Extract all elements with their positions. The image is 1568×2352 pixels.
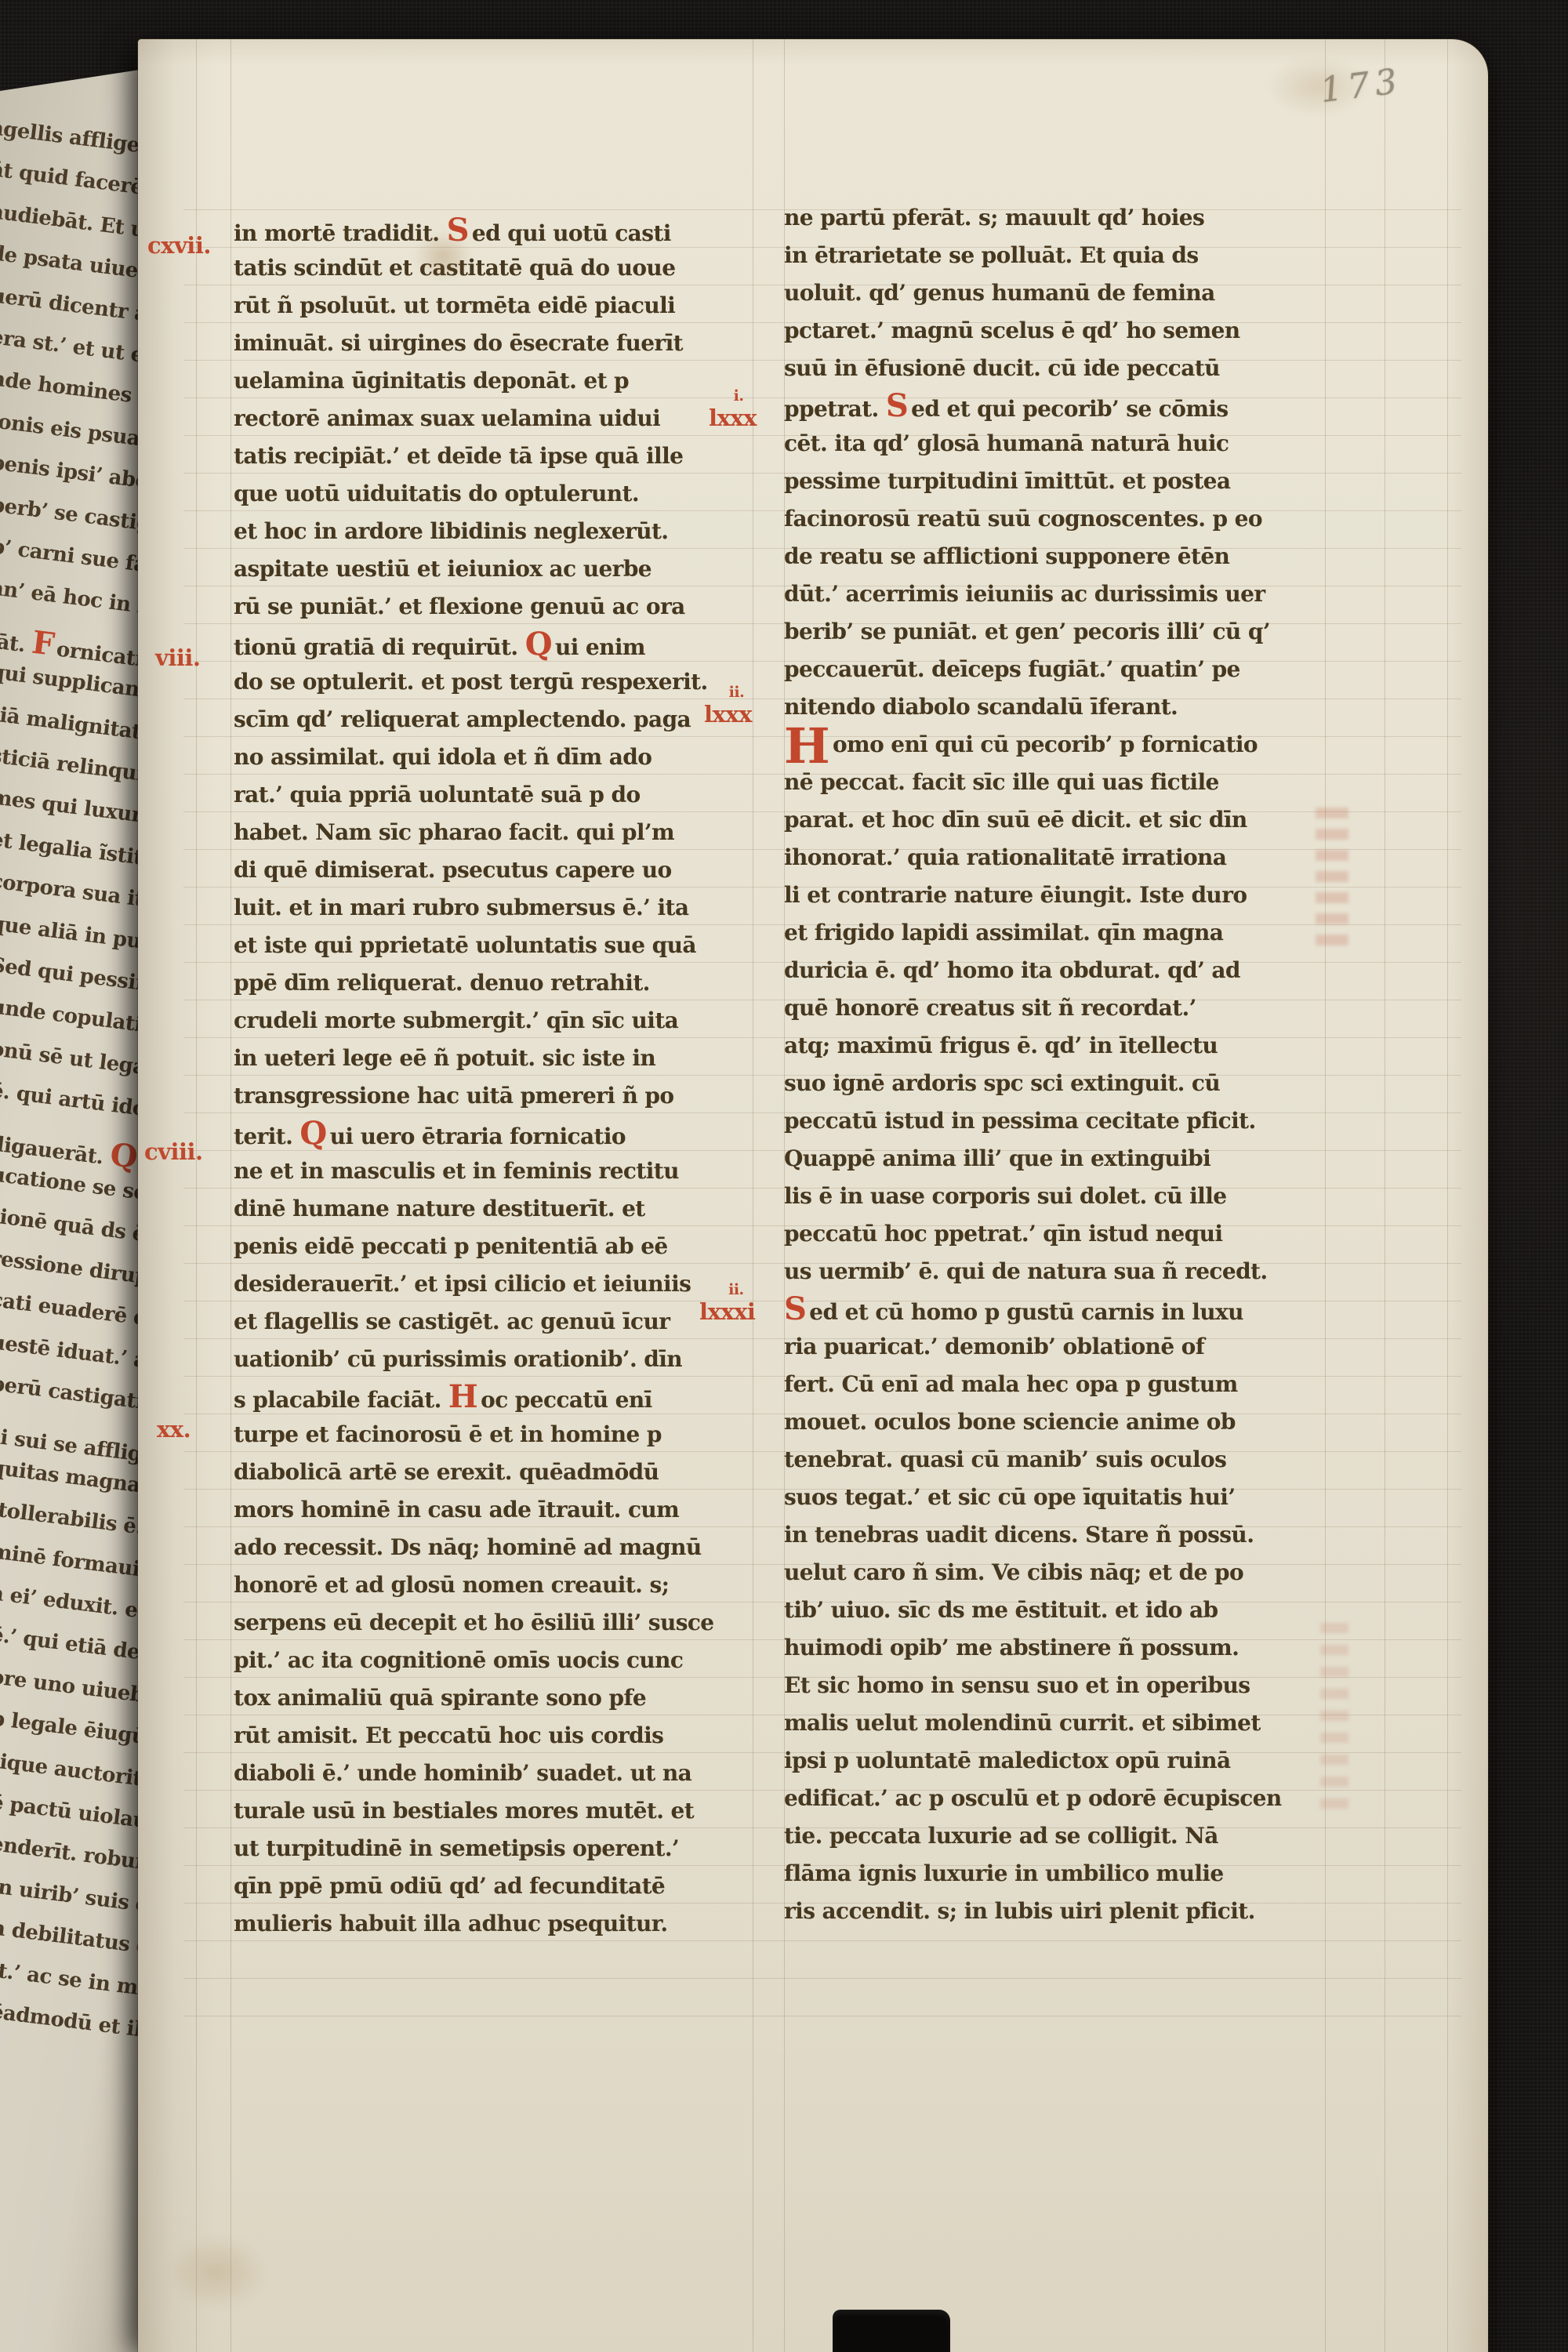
leaf-fragment-line: ē pactū uiolauerit. d xyxy=(0,1791,155,1842)
line-text: rat.’ quia ppriā uoluntatē suā p do xyxy=(234,782,641,808)
manuscript-text-line: in tenebras uadit dicens. Stare ñ possū. xyxy=(784,1516,1327,1554)
text-column-right: ne partū pferāt. s; mauult qd’ hoiesin ē… xyxy=(784,199,1327,1930)
line-text: ed et cū homo p gustū carnis in luxu xyxy=(809,1299,1243,1325)
line-text: in ētrarietate se polluāt. Et quia ds xyxy=(784,242,1199,268)
manuscript-text-line: peccatū istud in pessima cecitate pficit… xyxy=(784,1102,1327,1140)
line-text: a ei’ eduxit. et ita car xyxy=(0,1581,155,1633)
line-text: malis uelut molendinū currit. et sibimet xyxy=(784,1710,1261,1736)
line-text: audiebāt. Et uid xyxy=(0,200,155,245)
parchment-stain xyxy=(166,2234,268,2310)
manuscript-text-line: flāma ignis luxurie in umbilico mulie xyxy=(784,1855,1327,1893)
line-text: honorē et ad glosū nomen creauit. s; xyxy=(234,1572,669,1598)
rubric-initial: S xyxy=(784,1290,809,1327)
manuscript-text-line: honorē et ad glosū nomen creauit. s; xyxy=(234,1566,760,1604)
line-text: ionis eis psuadentes xyxy=(0,409,155,460)
line-text: Quappē anima illi’ que in extinguibi xyxy=(784,1145,1210,1171)
line-text: et hoc in ardore libidinis neglexerūt. xyxy=(234,518,668,544)
line-text: et flagellis se castigēt. ac genuū īcur xyxy=(234,1308,670,1334)
manuscript-text-line: ipsi p uoluntatē maledictox opū ruinā xyxy=(784,1742,1327,1780)
line-text: suo ignē ardoris spc sci extinguit. cū xyxy=(784,1070,1220,1096)
manuscript-text-line: Sed et cū homo p gustū carnis in luxu xyxy=(784,1290,1327,1328)
line-text: itollerabilis ē. Cum xyxy=(0,1497,155,1547)
parchment-stain xyxy=(414,232,472,281)
line-text: in ueteri lege eē ñ potuit. sic iste in xyxy=(234,1045,655,1071)
line-text: ppē dīm reliquerat. denuo retrahit. xyxy=(234,970,650,996)
line-text: ria puaricat.’ demonib’ oblationē of xyxy=(784,1334,1204,1359)
line-text: turpe et facinorosū ē et in homine p xyxy=(234,1421,662,1447)
line-text: ado recessit. Ds nāq; hominē ad magnū xyxy=(234,1534,702,1560)
line-text: era st.’ et ut ea uidel xyxy=(0,325,155,376)
manuscript-text-line: et frigido lapidi assimilat. qīn magna xyxy=(784,914,1327,952)
leaf-fragment-line: era st.’ et ut ea uidel xyxy=(0,325,155,376)
line-text: atq; maximū frigus ē. qd’ in ītellectu xyxy=(784,1033,1218,1058)
line-text: ēadmodū et ille sem xyxy=(0,2000,155,2050)
line-text: ne partū pferāt. s; mauult qd’ hoies xyxy=(784,205,1204,230)
line-text: tox animaliū quā spirante sono pfe xyxy=(234,1685,646,1711)
line-text: do se optulerit. et post tergū respexeri… xyxy=(234,669,708,695)
line-text: in uirib’ suis debilita xyxy=(0,1875,155,1926)
leaf-fragment-line: uerū dicentr ad m xyxy=(0,284,155,332)
line-text: cēt. ita qd’ glosā humanā naturā huic xyxy=(784,430,1229,456)
manuscript-text-line: dūt.’ acerrimis ieiuniis ac durissimis u… xyxy=(784,575,1327,613)
line-text: ed et qui pecorib’ se cōmis xyxy=(911,396,1228,422)
manuscript-text-line: aspitate uestiū et ieiuniox ac uerbe xyxy=(234,550,760,588)
rubric-initial: Q xyxy=(299,1115,329,1152)
line-text: corpora sua ita occi xyxy=(0,869,155,920)
rubric-initial: Q xyxy=(525,626,555,662)
manuscript-text-line: Quappē anima illi’ que in extinguibi xyxy=(784,1140,1327,1178)
manuscript-text-line: qīn ppē pmū odiū qd’ ad fecunditatē xyxy=(234,1867,760,1905)
line-text: diaboli ē.’ unde hominib’ suadet. ut na xyxy=(234,1760,691,1786)
manuscript-text-line: uationib’ cū purissimis orationib’. dīn xyxy=(234,1341,760,1378)
line-text: que aliā in putridū ca xyxy=(0,912,155,964)
manuscript-text-line: uoluit. qd’ genus humanū de femina xyxy=(784,274,1327,312)
line-text: iminuāt. si uirgines do ēsecrate fuerīt xyxy=(234,330,683,356)
manuscript-text-line: Et sic homo in sensu suo et in operibus xyxy=(784,1667,1327,1704)
manuscript-text-line: di quē dimiserat. psecutus capere uo xyxy=(234,851,760,889)
manuscript-text-line: lis ē in uase corporis sui dolet. cū ill… xyxy=(784,1178,1327,1215)
line-text: oc peccatū enī xyxy=(481,1387,652,1413)
leaf-fragment-line: tique auctoritatis s xyxy=(0,1749,155,1798)
line-text: lligauerāt. xyxy=(0,1131,111,1170)
leaf-fragment-line: ionis eis psuadentes xyxy=(0,409,155,460)
manuscript-text-line: uelut caro ñ sim. Ve cibis nāq; et de po xyxy=(784,1554,1327,1592)
line-text: ut turpitudinē in semetipsis operent.’ xyxy=(234,1835,679,1861)
manuscript-text-line: ppetrat. Sed et qui pecorib’ se cōmis xyxy=(784,387,1327,425)
line-text: dūt.’ acerrimis ieiuniis ac durissimis u… xyxy=(784,581,1265,607)
line-text: uoluit. qd’ genus humanū de femina xyxy=(784,280,1215,306)
line-text: lis ē in uase corporis sui dolet. cū ill… xyxy=(784,1183,1226,1209)
manuscript-text-line: tionū gratiā di requirūt. Qui enim xyxy=(234,626,760,663)
line-text: penis eidē peccati p penitentiā ab eē xyxy=(234,1233,668,1259)
line-text: ed qui uotū casti xyxy=(472,220,671,246)
manuscript-text-line: diaboli ē.’ unde hominib’ suadet. ut na xyxy=(234,1755,760,1792)
line-text: in tenebras uadit dicens. Stare ñ possū. xyxy=(784,1522,1254,1548)
line-text: p legale ēiugū ēiun xyxy=(0,1707,155,1756)
line-text: ui enim xyxy=(555,634,645,660)
manuscript-text-line: in ueteri lege eē ñ potuit. sic iste in xyxy=(234,1040,760,1077)
line-text: uelamina ūginitatis deponāt. et p xyxy=(234,368,629,394)
line-text: et frigido lapidi assimilat. qīn magna xyxy=(784,920,1223,946)
line-text: nde homines qui xyxy=(0,367,155,412)
line-text: Sed qui pessimas a xyxy=(0,953,155,1002)
manuscript-text-line: diabolicā artē se erexit. quēadmōdū xyxy=(234,1454,760,1491)
chapter-numeral-superscript: ii. xyxy=(729,684,745,701)
line-text: ipsi p uoluntatē maledictox opū ruinā xyxy=(784,1748,1231,1773)
leaf-fragment-line: enderīt. robur uirtu xyxy=(0,1832,155,1882)
line-text: it.’ ac se in magnū ca xyxy=(0,1958,155,2010)
manuscript-text-line: que uotū uiduitatis do optulerunt. xyxy=(234,475,760,513)
line-text: n debilitatus ē. cū ux xyxy=(0,1916,155,1968)
line-text: no assimilat. qui idola et ñ dīm ado xyxy=(234,744,652,770)
manuscript-text-line: ne partū pferāt. s; mauult qd’ hoies xyxy=(784,199,1327,237)
line-text: di quē dimiserat. psecutus capere uo xyxy=(234,857,672,883)
manuscript-text-line: fert. Cū enī ad mala hec opa p gustum xyxy=(784,1366,1327,1403)
manuscript-text-line: suū in ēfusionē ducit. cū ide peccatū xyxy=(784,350,1327,387)
leaf-fragment-line: nde homines qui xyxy=(0,367,155,412)
manuscript-text-line: rūt amisit. Et peccatū hoc uis cordis xyxy=(234,1717,760,1755)
line-text: rūt amisit. Et peccatū hoc uis cordis xyxy=(234,1722,663,1748)
line-text: fert. Cū enī ad mala hec opa p gustum xyxy=(784,1371,1238,1397)
ruling-line xyxy=(196,39,197,2352)
manuscript-text-line: ado recessit. Ds nāq; hominē ad magnū xyxy=(234,1529,760,1566)
line-text: scīm qd’ reliquerat amplectendo. paga xyxy=(234,706,691,732)
line-text: uestē iduat.’ ac asper xyxy=(0,1330,155,1382)
manuscript-text-line: tenebrat. quasi cū manib’ suis oculos xyxy=(784,1441,1327,1479)
line-text: parat. et hoc dīn suū eē dicit. et sic d… xyxy=(784,807,1247,833)
manuscript-text-line: quē honorē creatus sit ñ recordat.’ xyxy=(784,989,1327,1027)
previous-leaf-edge: agellis affligebantāt quid facerētaudieb… xyxy=(0,67,155,2352)
chapter-numeral-superscript: i. xyxy=(734,387,744,405)
manuscript-text-line: habet. Nam sīc pharao facit. qui pl’m xyxy=(234,814,760,851)
manuscript-text-line: suos tegat.’ et sic cū ope īquitatis hui… xyxy=(784,1479,1327,1516)
line-text: unde copulationis se i xyxy=(0,995,155,1047)
manuscript-text-line: tib’ uiuo. sīc ds me ēstituit. et ido ab xyxy=(784,1592,1327,1629)
manuscript-text-line: facinorosū reatū suū cognoscentes. p eo xyxy=(784,500,1327,538)
manuscript-text-line: malis uelut molendinū currit. et sibimet xyxy=(784,1704,1327,1742)
line-text: berib’ se puniāt. et gen’ pecoris illi’ … xyxy=(784,619,1270,644)
line-text: ē pactū uiolauerit. d xyxy=(0,1791,155,1842)
manuscript-text-line: terit. Qui uero ētraria fornicatio xyxy=(234,1115,760,1152)
leaf-fragment-line: itollerabilis ē. Cum xyxy=(0,1497,155,1547)
leaf-fragment-line: āt quid facerēt xyxy=(0,158,154,201)
line-text: peccauerūt. deīceps fugiāt.’ quatin’ pe xyxy=(784,656,1240,682)
book-clamp xyxy=(833,2310,950,2352)
manuscript-text-line: transgressione hac uitā pmereri ñ po xyxy=(234,1077,760,1115)
leaf-fragment-line: unde copulationis se i xyxy=(0,995,155,1047)
manuscript-page: 173 in mortē tradidit. Sed qui uotū cast… xyxy=(138,39,1488,2352)
line-text: edificat.’ ac p osculū et p odorē ēcupis… xyxy=(784,1785,1282,1811)
chapter-numeral: lxxxi. xyxy=(709,405,757,431)
leaf-fragment-line: corpora sua ita occi xyxy=(0,869,155,920)
manuscript-text-line: tie. peccata luxurie ad se colligit. Nā xyxy=(784,1817,1327,1855)
line-text: agellis affligebant xyxy=(0,116,155,164)
line-text: et legalia ĩstituta xyxy=(0,828,155,874)
line-text: mors hominē in casu ade ītrauit. cum xyxy=(234,1497,679,1523)
line-text: qīn ppē pmū odiū qd’ ad fecunditatē xyxy=(234,1873,665,1899)
leaf-fragment-line: a ei’ eduxit. et ita car xyxy=(0,1581,155,1633)
line-text: aspitate uestiū et ieiuniox ac uerbe xyxy=(234,556,652,582)
leaf-fragment-line: sticiā relinquit inse xyxy=(0,744,155,793)
line-text: ui uero ētraria fornicatio xyxy=(330,1123,626,1149)
line-text: facinorosū reatū suū cognoscentes. p eo xyxy=(784,506,1262,532)
leaf-fragment-line: tionē quā ds ēiunxit xyxy=(0,1204,155,1254)
line-text: pessime turpitudini īmittūt. et postea xyxy=(784,468,1230,494)
ruling-line xyxy=(1447,39,1448,2352)
line-text: s placabile faciāt. xyxy=(234,1387,448,1413)
manuscript-text-line: in mortē tradidit. Sed qui uotū casti xyxy=(234,212,760,249)
line-text: crudeli morte submergit.’ qīn sīc uita xyxy=(234,1007,678,1033)
leaf-fragment-line: ore uno uiuebāt. V xyxy=(0,1665,155,1714)
chapter-numeral-superscript: ii. xyxy=(728,1281,744,1298)
line-text: ihonorat.’ quia rationalitatē irrationa xyxy=(784,844,1226,870)
line-text: us uermib’ ē. qui de natura sua ñ recedt… xyxy=(784,1258,1268,1284)
manuscript-text-line: atq; maximū frigus ē. qd’ in ītellectu xyxy=(784,1027,1327,1065)
line-text: rū se puniāt.’ et flexione genuū ac ora xyxy=(234,593,685,619)
leaf-fragment-line: de psata uiuent xyxy=(0,241,155,285)
leaf-fragment-line: uestē iduat.’ ac asper xyxy=(0,1330,155,1382)
line-text: transgressione hac uitā pmereri ñ po xyxy=(234,1083,673,1109)
manuscript-text-line: mouet. oculos bone sciencie anime ob xyxy=(784,1403,1327,1441)
manuscript-text-line: rectorē animax suax uelamina uidui xyxy=(234,400,760,437)
manuscript-text-line: mors hominē in casu ade ītrauit. cum xyxy=(234,1491,760,1529)
manuscript-text-line: s placabile faciāt. Hoc peccatū enī xyxy=(234,1378,760,1416)
line-text: huimodi opib’ me abstinere ñ possum. xyxy=(784,1635,1239,1661)
manuscript-text-line: ris accendit. s; in lubis uiri plenit pf… xyxy=(784,1893,1327,1930)
line-text: li et contrarie nature ēiungit. Iste dur… xyxy=(784,882,1247,908)
line-text: pit.’ ac ita cognitionē omīs uocis cunc xyxy=(234,1647,683,1673)
line-text: ressione diruperit.’ xyxy=(0,1247,155,1296)
manuscript-text-line: ihonorat.’ quia rationalitatē irrationa xyxy=(784,839,1327,877)
manuscript-text-line: suo ignē ardoris spc sci extinguit. cū xyxy=(784,1065,1327,1102)
manuscript-text-line: serpens eū decepit et ho ēsiliū illi’ su… xyxy=(234,1604,760,1642)
line-text: berū castigationib’ xyxy=(0,1372,155,1421)
line-text: nē peccat. facit sīc ille qui uas fictil… xyxy=(784,769,1219,795)
chapter-numeral: cxvii. xyxy=(147,232,211,259)
leaf-fragment-line: que aliā in putridū ca xyxy=(0,912,155,964)
leaf-fragment-line: ē.’ qui etiā deīde do xyxy=(0,1623,155,1673)
manuscript-text-line: tatis recipiāt.’ et deīde tā ipse quā il… xyxy=(234,437,760,475)
line-text: tique auctoritatis s xyxy=(0,1749,155,1798)
manuscript-text-line: iminuāt. si uirgines do ēsecrate fuerīt xyxy=(234,325,760,362)
leaf-fragment-line: minē formauit. muli xyxy=(0,1540,155,1590)
manuscript-text-line: peccatū hoc ppetrat.’ qīn istud nequi xyxy=(784,1215,1327,1253)
line-text: lāt. xyxy=(0,630,33,658)
manuscript-text-line: parat. et hoc dīn suū eē dicit. et sic d… xyxy=(784,801,1327,839)
leaf-fragment-line: p legale ēiugū ēiun xyxy=(0,1707,155,1756)
manuscript-text-line: rat.’ quia ppriā uoluntatē suā p do xyxy=(234,776,760,814)
leaf-fragment-line: Sed qui pessimas a xyxy=(0,953,155,1002)
manuscript-text-line: us uermib’ ē. qui de natura sua ñ recedt… xyxy=(784,1253,1327,1290)
line-text: peccatū hoc ppetrat.’ qīn istud nequi xyxy=(784,1221,1222,1247)
line-text: mouet. oculos bone sciencie anime ob xyxy=(784,1409,1236,1435)
line-text: rectorē animax suax uelamina uidui xyxy=(234,405,660,431)
leaf-fragment-line: it.’ ac se in magnū ca xyxy=(0,1958,155,2010)
manuscript-text-line: scīm qd’ reliquerat amplectendo. paga xyxy=(234,701,760,739)
chapter-numeral: lxxxiii. xyxy=(699,1298,755,1325)
manuscript-text-line: nē peccat. facit sīc ille qui uas fictil… xyxy=(784,764,1327,801)
red-ink-offset xyxy=(1320,1623,1348,1811)
line-text: tionū gratiā di requirūt. xyxy=(234,634,525,660)
line-text: que uotū uiduitatis do optulerunt. xyxy=(234,481,639,506)
manuscript-text-line: pctaret.’ magnū scelus ē qd’ ho semen xyxy=(784,312,1327,350)
chapter-numeral: cviii. xyxy=(144,1138,203,1165)
line-text: ore uno uiuebāt. V xyxy=(0,1665,155,1714)
line-text: tionē quā ds ēiunxit xyxy=(0,1204,155,1254)
manuscript-text-line: cēt. ita qd’ glosā humanā naturā huic xyxy=(784,425,1327,463)
manuscript-text-line: do se optulerit. et post tergū respexeri… xyxy=(234,663,760,701)
leaf-fragment-line: n debilitatus ē. cū ux xyxy=(0,1916,155,1968)
line-text: suos tegat.’ et sic cū ope īquitatis hui… xyxy=(784,1484,1236,1510)
manuscript-photo: agellis affligebantāt quid facerētaudieb… xyxy=(0,0,1568,2352)
line-text: ne et in masculis et in feminis rectitu xyxy=(234,1158,679,1184)
red-ink-offset xyxy=(1316,808,1348,949)
line-text: diabolicā artē se erexit. quēadmōdū xyxy=(234,1459,659,1485)
line-text: sticiā relinquit inse xyxy=(0,744,155,793)
manuscript-text-line: Homo enī qui cū pecorib’ p fornicatio xyxy=(784,726,1327,764)
leaf-fragment-line: agellis affligebant xyxy=(0,116,155,164)
manuscript-text-line: desiderauerīt.’ et ipsi cilicio et ieiun… xyxy=(234,1265,760,1303)
line-text: serpens eū decepit et ho ēsiliū illi’ su… xyxy=(234,1610,714,1635)
line-text: pctaret.’ magnū scelus ē qd’ ho semen xyxy=(784,318,1240,343)
line-text: uationib’ cū purissimis orationib’. dīn xyxy=(234,1346,682,1372)
line-text: minē formauit. muli xyxy=(0,1540,155,1590)
manuscript-text-line: nitendo diabolo scandalū īferant. xyxy=(784,688,1327,726)
manuscript-text-line: tox animaliū quā spirante sono pfe xyxy=(234,1679,760,1717)
line-text: luit. et in mari rubro submersus ē.’ ita xyxy=(234,895,688,920)
manuscript-text-line: mulieris habuit illa adhuc psequitur. xyxy=(234,1905,760,1943)
ruling-line xyxy=(230,39,231,2352)
manuscript-text-line: duricia ē. qd’ homo ita obdurat. qd’ ad xyxy=(784,952,1327,989)
text-column-left: in mortē tradidit. Sed qui uotū castitat… xyxy=(234,212,760,1943)
manuscript-text-line: pessime turpitudini īmittūt. et postea xyxy=(784,463,1327,500)
leaf-fragment-line: berū castigationib’ xyxy=(0,1372,155,1421)
manuscript-text-line: berib’ se puniāt. et gen’ pecoris illi’ … xyxy=(784,613,1327,651)
line-text: quē honorē creatus sit ñ recordat.’ xyxy=(784,995,1196,1021)
manuscript-text-line: edificat.’ ac p osculū et p odorē ēcupis… xyxy=(784,1780,1327,1817)
line-text: ris accendit. s; in lubis uiri plenit pf… xyxy=(784,1898,1255,1924)
manuscript-text-line: no assimilat. qui idola et ñ dīm ado xyxy=(234,739,760,776)
chapter-numeral: viii. xyxy=(155,644,201,671)
line-text: āt quid facerēt xyxy=(0,158,154,201)
line-text: ē.’ qui etiā deīde do xyxy=(0,1623,155,1673)
manuscript-text-line: rūt ñ psoluūt. ut tormēta eidē piaculi xyxy=(234,287,760,325)
manuscript-text-line: pit.’ ac ita cognitionē omīs uocis cunc xyxy=(234,1642,760,1679)
line-text: de reatu se afflictioni supponere ētēn xyxy=(784,543,1229,569)
manuscript-text-line: in ētrarietate se polluāt. Et quia ds xyxy=(784,237,1327,274)
chapter-numeral: lxxxii. xyxy=(704,701,752,728)
manuscript-text-line: turpe et facinorosū ē et in homine p xyxy=(234,1416,760,1454)
line-text: peccatū istud in pessima cecitate pficit… xyxy=(784,1108,1256,1134)
line-text: et iste qui pprietatē uoluntatis sue quā xyxy=(234,932,696,958)
line-text: omo enī qui cū pecorib’ p fornicatio xyxy=(833,731,1258,757)
manuscript-text-line: de reatu se afflictioni supponere ētēn xyxy=(784,538,1327,575)
leaf-fragment-line: audiebāt. Et uid xyxy=(0,200,155,245)
line-text: duricia ē. qd’ homo ita obdurat. qd’ ad xyxy=(784,957,1240,983)
manuscript-text-line: li et contrarie nature ēiungit. Iste dur… xyxy=(784,877,1327,914)
manuscript-text-line: ria puaricat.’ demonib’ oblationē of xyxy=(784,1328,1327,1366)
leaf-fragment-line: ressione diruperit.’ xyxy=(0,1247,155,1296)
manuscript-text-line: rū se puniāt.’ et flexione genuū ac ora xyxy=(234,588,760,626)
manuscript-text-line: et hoc in ardore libidinis neglexerūt. xyxy=(234,513,760,550)
line-text: nitendo diabolo scandalū īferant. xyxy=(784,694,1178,720)
manuscript-text-line: turale usū in bestiales mores mutēt. et xyxy=(234,1792,760,1830)
manuscript-text-line: et iste qui pprietatē uoluntatis sue quā xyxy=(234,927,760,964)
line-text: ppetrat. xyxy=(784,396,886,422)
line-text: suū in ēfusionē ducit. cū ide peccatū xyxy=(784,355,1220,381)
line-text: tib’ uiuo. sīc ds me ēstituit. et ido ab xyxy=(784,1597,1218,1623)
manuscript-text-line: luit. et in mari rubro submersus ē.’ ita xyxy=(234,889,760,927)
rubric-initial: S xyxy=(886,387,911,424)
leaf-fragment-line: mes qui luxuriā in for xyxy=(0,786,155,838)
manuscript-text-line: huimodi opib’ me abstinere ñ possum. xyxy=(784,1629,1327,1667)
line-text: uelut caro ñ sim. Ve cibis nāq; et de po xyxy=(784,1559,1243,1585)
manuscript-text-line: peccauerūt. deīceps fugiāt.’ quatin’ pe xyxy=(784,651,1327,688)
line-text: habet. Nam sīc pharao facit. qui pl’m xyxy=(234,819,674,845)
line-text: de psata uiuent xyxy=(0,241,155,285)
line-text: flāma ignis luxurie in umbilico mulie xyxy=(784,1860,1224,1886)
manuscript-text-line: dinē humane nature destituerīt. et xyxy=(234,1190,760,1228)
line-text: tenebrat. quasi cū manib’ suis oculos xyxy=(784,1446,1226,1472)
manuscript-text-line: et flagellis se castigēt. ac genuū īcur xyxy=(234,1303,760,1341)
manuscript-text-line: penis eidē peccati p penitentiā ab eē xyxy=(234,1228,760,1265)
leaf-fragment-line: et legalia ĩstituta xyxy=(0,828,155,874)
manuscript-text-line: tatis scindūt et castitatē quā do uoue xyxy=(234,249,760,287)
ruling-line xyxy=(1385,39,1385,2352)
line-text: enderīt. robur uirtu xyxy=(0,1832,155,1882)
line-text: Et sic homo in sensu suo et in operibus xyxy=(784,1672,1250,1698)
line-text: uerū dicentr ad m xyxy=(0,284,155,332)
line-text: mes qui luxuriā in for xyxy=(0,786,155,838)
manuscript-text-line: uelamina ūginitatis deponāt. et p xyxy=(234,362,760,400)
line-text: rūt ñ psoluūt. ut tormēta eidē piaculi xyxy=(234,292,675,318)
manuscript-text-line: crudeli morte submergit.’ qīn sīc uita xyxy=(234,1002,760,1040)
line-text: dinē humane nature destituerīt. et xyxy=(234,1196,645,1221)
line-text: mulieris habuit illa adhuc psequitur. xyxy=(234,1911,668,1936)
line-text: terit. xyxy=(234,1123,299,1149)
line-text: desiderauerīt.’ et ipsi cilicio et ieiun… xyxy=(234,1271,691,1297)
leaf-fragment-line: in uirib’ suis debilita xyxy=(0,1875,155,1926)
rubric-initial: H xyxy=(448,1378,481,1415)
line-text: tatis recipiāt.’ et deīde tā ipse quā il… xyxy=(234,443,683,469)
parchment-stain xyxy=(1267,56,1369,116)
leaf-fragment-line: ēadmodū et ille sem xyxy=(0,2000,155,2050)
manuscript-text-line: ppē dīm reliquerat. denuo retrahit. xyxy=(234,964,760,1002)
line-text: tie. peccata luxurie ad se colligit. Nā xyxy=(784,1823,1218,1849)
manuscript-text-line: ut turpitudinē in semetipsis operent.’ xyxy=(234,1830,760,1867)
line-text: turale usū in bestiales mores mutēt. et xyxy=(234,1798,694,1824)
line-text: in mortē tradidit. xyxy=(234,220,447,246)
manuscript-text-line: ne et in masculis et in feminis rectitu xyxy=(234,1152,760,1190)
chapter-numeral: xx. xyxy=(157,1416,191,1443)
